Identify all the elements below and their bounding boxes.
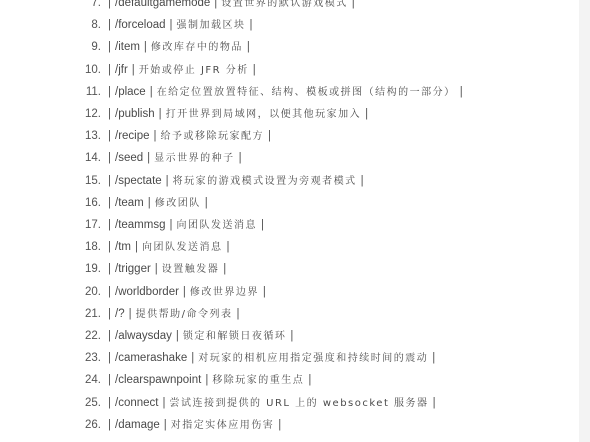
separator: | <box>132 64 135 76</box>
item-number: 19. <box>0 260 104 278</box>
separator: | <box>108 241 111 253</box>
separator: | <box>214 0 217 9</box>
list-item: 17.|/teammsg|向团队发送消息| <box>0 216 268 234</box>
list-item: 8.|/forceload|强制加载区块| <box>0 16 257 34</box>
command-name: /seed <box>115 152 143 164</box>
command-description: 打开世界到局域网，以便其他玩家加入 <box>166 109 362 120</box>
item-number: 23. <box>0 349 104 367</box>
list-item: 24.|/clearspawnpoint|移除玩家的重生点| <box>0 371 315 389</box>
list-item: 7.|/defaultgamemode|设置世界的默认游戏模式| <box>0 0 359 12</box>
separator: | <box>164 419 167 431</box>
command-name: /spectate <box>115 175 162 187</box>
command-name: /worldborder <box>115 286 179 298</box>
separator: | <box>108 0 111 9</box>
command-name: /defaultgamemode <box>115 0 210 9</box>
command-description: 修改库存中的物品 <box>151 42 243 53</box>
command-description: 设置世界的默认游戏模式 <box>221 0 348 9</box>
separator: | <box>352 0 355 9</box>
list-item: 11.|/place|在给定位置放置特征、结构、模板或拼图（结构的一部分）| <box>0 83 467 101</box>
command-name: /connect <box>115 397 158 409</box>
command-name: /damage <box>115 419 160 431</box>
item-number: 20. <box>0 283 104 301</box>
item-number: 26. <box>0 416 104 434</box>
separator: | <box>166 175 169 187</box>
command-description: 移除玩家的重生点 <box>212 375 304 386</box>
separator: | <box>108 286 111 298</box>
separator: | <box>290 330 293 342</box>
command-description: 强制加载区块 <box>177 20 246 31</box>
separator: | <box>108 374 111 386</box>
separator: | <box>108 152 111 164</box>
separator: | <box>150 86 153 98</box>
command-description: 修改世界边界 <box>190 287 259 298</box>
item-number: 13. <box>0 127 104 145</box>
command-name: /tm <box>115 241 131 253</box>
list-item: 18.|/tm|向团队发送消息| <box>0 238 233 256</box>
separator: | <box>108 197 111 209</box>
list-item: 25.|/connect|尝试连接到提供的 URL 上的 websocket 服… <box>0 394 440 412</box>
separator: | <box>261 219 264 231</box>
command-description: 修改团队 <box>155 198 201 209</box>
item-number: 8. <box>0 16 104 34</box>
separator: | <box>162 397 165 409</box>
separator: | <box>365 108 368 120</box>
command-description: 开始或停止 JFR 分析 <box>139 65 249 76</box>
command-name: /teammsg <box>115 219 166 231</box>
separator: | <box>308 374 311 386</box>
command-name: /place <box>115 86 146 98</box>
command-name: /publish <box>115 108 155 120</box>
command-name: /recipe <box>115 130 150 142</box>
separator: | <box>108 108 111 120</box>
list-item: 12.|/publish|打开世界到局域网，以便其他玩家加入| <box>0 105 372 123</box>
separator: | <box>108 219 111 231</box>
item-number: 9. <box>0 38 104 56</box>
list-item: 21.|/?|提供帮助/命令列表| <box>0 305 243 323</box>
separator: | <box>108 64 111 76</box>
item-number: 18. <box>0 238 104 256</box>
separator: | <box>205 374 208 386</box>
separator: | <box>129 308 132 320</box>
command-name: /? <box>115 308 125 320</box>
command-name: /clearspawnpoint <box>115 374 201 386</box>
item-number: 16. <box>0 194 104 212</box>
command-name: /alwaysday <box>115 330 172 342</box>
separator: | <box>108 19 111 31</box>
list-item: 14.|/seed|显示世界的种子| <box>0 149 246 167</box>
command-name: /trigger <box>115 263 151 275</box>
separator: | <box>361 175 364 187</box>
item-number: 25. <box>0 394 104 412</box>
separator: | <box>432 352 435 364</box>
item-number: 7. <box>0 0 104 12</box>
separator: | <box>144 41 147 53</box>
command-description: 锁定和解锁日夜循环 <box>183 331 287 342</box>
list-item: 23.|/camerashake|对玩家的相机应用指定强度和持续时间的震动| <box>0 349 439 367</box>
separator: | <box>108 419 111 431</box>
command-description: 向团队发送消息 <box>177 220 258 231</box>
list-item: 15.|/spectate|将玩家的游戏模式设置为旁观者模式| <box>0 172 368 190</box>
item-number: 15. <box>0 172 104 190</box>
list-item: 16.|/team|修改团队| <box>0 194 212 212</box>
separator: | <box>205 197 208 209</box>
separator: | <box>460 86 463 98</box>
command-description: 将玩家的游戏模式设置为旁观者模式 <box>173 176 357 187</box>
list-item: 26.|/damage|对指定实体应用伤害| <box>0 416 285 434</box>
list-item: 10.|/jfr|开始或停止 JFR 分析| <box>0 61 260 79</box>
list-item: 13.|/recipe|给予或移除玩家配方| <box>0 127 275 145</box>
command-description: 对指定实体应用伤害 <box>171 420 275 431</box>
separator: | <box>247 41 250 53</box>
separator: | <box>108 263 111 275</box>
separator: | <box>183 286 186 298</box>
command-name: /item <box>115 41 140 53</box>
document-page: 7.|/defaultgamemode|设置世界的默认游戏模式|8.|/forc… <box>0 0 579 442</box>
separator: | <box>263 286 266 298</box>
separator: | <box>155 263 158 275</box>
separator: | <box>108 130 111 142</box>
separator: | <box>170 219 173 231</box>
separator: | <box>268 130 271 142</box>
separator: | <box>108 352 111 364</box>
list-item: 19.|/trigger|设置触发器| <box>0 260 230 278</box>
list-item: 20.|/worldborder|修改世界边界| <box>0 283 270 301</box>
command-description: 在给定位置放置特征、结构、模板或拼图（结构的一部分） <box>157 87 456 98</box>
command-description: 向团队发送消息 <box>142 242 223 253</box>
separator: | <box>108 175 111 187</box>
list-item: 22.|/alwaysday|锁定和解锁日夜循环| <box>0 327 297 345</box>
separator: | <box>236 308 239 320</box>
separator: | <box>108 41 111 53</box>
item-number: 10. <box>0 61 104 79</box>
separator: | <box>170 19 173 31</box>
separator: | <box>147 152 150 164</box>
item-number: 24. <box>0 371 104 389</box>
command-description: 提供帮助/命令列表 <box>136 309 233 320</box>
list-item: 9.|/item|修改库存中的物品| <box>0 38 254 56</box>
item-number: 17. <box>0 216 104 234</box>
separator: | <box>191 352 194 364</box>
separator: | <box>159 108 162 120</box>
command-name: /jfr <box>115 64 128 76</box>
command-description: 显示世界的种子 <box>154 153 235 164</box>
scrollbar-track[interactable] <box>579 0 590 442</box>
item-number: 14. <box>0 149 104 167</box>
item-number: 21. <box>0 305 104 323</box>
separator: | <box>250 19 253 31</box>
command-name: /camerashake <box>115 352 187 364</box>
separator: | <box>239 152 242 164</box>
command-description: 对玩家的相机应用指定强度和持续时间的震动 <box>198 353 428 364</box>
command-description: 给予或移除玩家配方 <box>161 131 265 142</box>
separator: | <box>148 197 151 209</box>
separator: | <box>108 86 111 98</box>
separator: | <box>108 308 111 320</box>
item-number: 22. <box>0 327 104 345</box>
separator: | <box>226 241 229 253</box>
command-description: 设置触发器 <box>162 264 220 275</box>
item-number: 12. <box>0 105 104 123</box>
separator: | <box>253 64 256 76</box>
command-name: /forceload <box>115 19 166 31</box>
item-number: 11. <box>0 83 104 101</box>
separator: | <box>278 419 281 431</box>
separator: | <box>176 330 179 342</box>
separator: | <box>135 241 138 253</box>
separator: | <box>223 263 226 275</box>
command-name: /team <box>115 197 144 209</box>
command-description: 尝试连接到提供的 URL 上的 websocket 服务器 <box>169 398 428 409</box>
separator: | <box>433 397 436 409</box>
separator: | <box>154 130 157 142</box>
separator: | <box>108 397 111 409</box>
separator: | <box>108 330 111 342</box>
